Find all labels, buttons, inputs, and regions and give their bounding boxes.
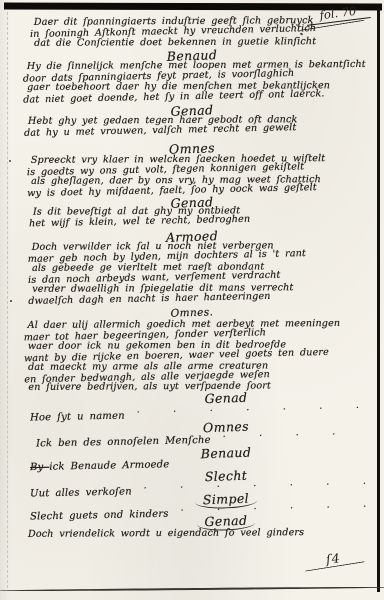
manuscript-paragraph: Doch vriendelick wordt u eigendach ſo ve… [24,527,304,541]
manuscript-paragraph: Doch verwilder ick ſal u noch niet verbe… [28,240,307,306]
speaker-heading-text: Omnes. [170,306,213,319]
leader-line-text: Hoe ſyt u namen [30,411,125,424]
manuscript-line: Doch vriendelick wordt u eigendach ſo ve… [28,528,304,540]
ink-speck [10,300,12,302]
manuscript-page: fol. 70 Daer dit ſpanningiaerts induſtri… [0,0,384,600]
manuscript-paragraph: Is dit beveſtigt al dat ghy my ontbiedth… [29,206,250,230]
speaker-heading-text: Genad [204,390,247,406]
ink-speck [9,160,11,162]
scan-frame-bottom [0,586,384,591]
manuscript-paragraph: Hebt ghy yet gedaen tegen haer gebodt of… [24,114,298,138]
signature-mark: ſ4 [325,550,341,566]
manuscript-paragraph: Al daer ulij allermich goedich met aerbe… [24,318,341,395]
